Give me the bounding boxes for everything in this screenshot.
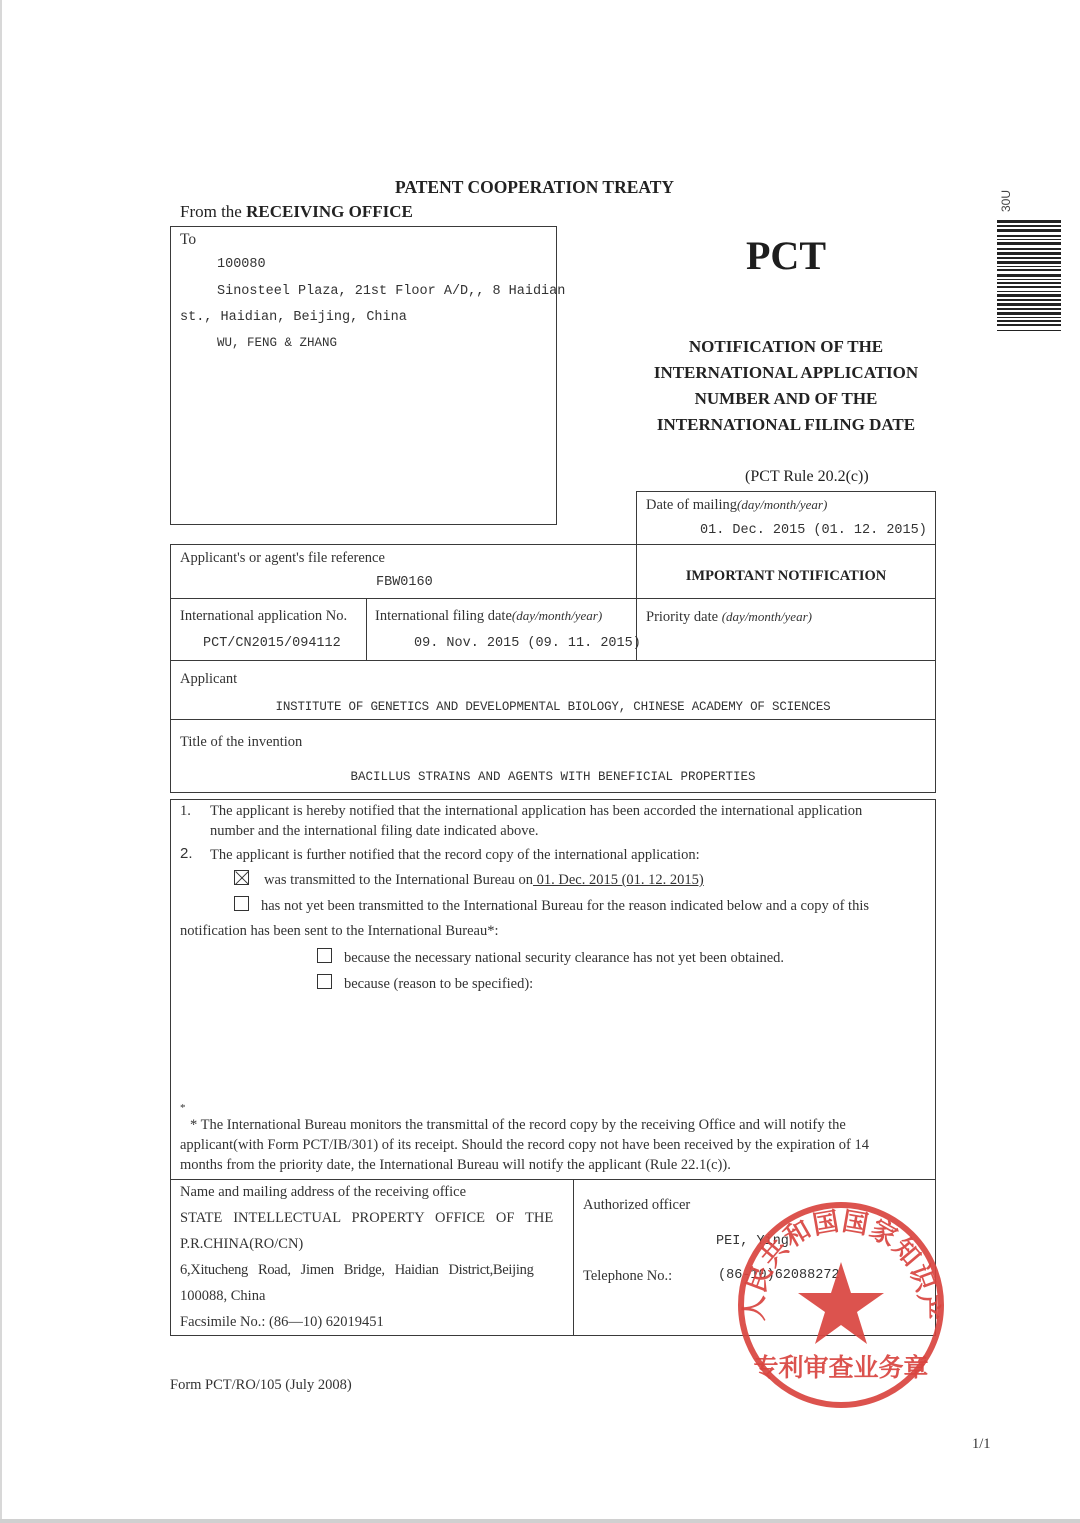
footnote-line-2: applicant(with Form PCT/IB/301) of its r… [180,1137,869,1154]
priority-date-label: Priority date (day/month/year) [646,609,812,626]
invention-title-label: Title of the invention [180,734,302,751]
address-line-1: Sinosteel Plaza, 21st Floor A/D,, 8 Haid… [217,284,565,299]
not-transmitted-option: has not yet been transmitted to the Inte… [261,898,869,915]
notice-1-line-2: number and the international filing date… [210,823,539,840]
postal-code: 100080 [217,257,266,272]
treaty-title: PATENT COOPERATION TREATY [395,177,674,198]
telephone-label: Telephone No.: [583,1268,672,1285]
divider [170,660,936,661]
notice-1-number: 1. [180,803,191,820]
not-transmitted-continuation: notification has been sent to the Intern… [180,923,499,940]
security-clearance-checkbox[interactable] [317,948,332,963]
receiving-office-address-line-2: 100088, China [180,1288,265,1305]
applicant-value: INSTITUTE OF GENETICS AND DEVELOPMENTAL … [170,700,936,714]
official-seal-icon: 中华人民共和国国家知识产权局 专利审查业务章 [736,1200,946,1410]
form-identifier: Form PCT/RO/105 (July 2008) [170,1377,352,1394]
authorized-officer-label: Authorized officer [583,1197,690,1214]
page-number: 1/1 [972,1436,991,1453]
divider [573,1179,574,1336]
file-reference-value: FBW0160 [376,575,433,590]
pct-rule: (PCT Rule 20.2(c)) [745,468,869,486]
application-number-label: International application No. [180,608,347,625]
receiving-office-address-line-1: 6,Xitucheng Road, Jimen Bridge, Haidian … [180,1262,534,1279]
receiving-office-name-line-2: P.R.CHINA(RO/CN) [180,1236,303,1253]
from-office: From the RECEIVING OFFICE [180,202,413,222]
filing-date-label: International filing date(day/month/year… [375,608,602,625]
page-edge [0,0,2,1523]
receiving-office-name-line-1: STATE INTELLECTUAL PROPERTY OFFICE OF TH… [180,1210,553,1227]
other-reason: because (reason to be specified): [344,976,533,993]
notice-2-number: 2. [180,845,193,862]
footnote-line-1: * The International Bureau monitors the … [190,1117,846,1134]
to-label: To [180,231,196,249]
seal-inner-text: 专利审查业务章 [753,1353,928,1382]
invention-title-value: BACILLUS STRAINS AND AGENTS WITH BENEFIC… [170,770,936,784]
page-edge [0,1519,1080,1523]
mailing-date-label: Date of mailing(day/month/year) [646,497,827,514]
footnote-marker: * [180,1102,186,1114]
receiving-office-label: Name and mailing address of the receivin… [180,1184,466,1201]
pct-big-title: PCT [640,232,932,279]
filing-date-value: 09. Nov. 2015 (09. 11. 2015) [414,636,641,651]
notice-2-text: The applicant is further notified that t… [210,847,700,864]
address-line-2: st., Haidian, Beijing, China [180,310,407,325]
divider [170,598,936,599]
mailing-date-value: 01. Dec. 2015 (01. 12. 2015) [700,523,927,538]
security-clearance-reason: because the necessary national security … [344,950,784,967]
notice-1-line-1: The applicant is hereby notified that th… [210,803,862,820]
transmitted-date: 01. Dec. 2015 (01. 12. 2015) [533,872,704,888]
receiving-office-label: RECEIVING OFFICE [246,202,413,221]
not-transmitted-checkbox[interactable] [234,896,249,911]
important-notification: IMPORTANT NOTIFICATION [636,568,936,585]
barcode-label: 30U [999,164,1013,186]
transmitted-checkbox[interactable] [234,870,249,885]
notification-title: NOTIFICATION OF THE INTERNATIONAL APPLIC… [636,334,936,438]
from-prefix: From the [180,202,246,221]
receiving-office-fax: Facsimile No.: (86—10) 62019451 [180,1314,384,1331]
divider [170,719,936,720]
barcode-icon [997,220,1061,332]
divider [366,598,367,661]
application-number-value: PCT/CN2015/094112 [203,636,341,651]
file-reference-label: Applicant's or agent's file reference [180,550,385,567]
other-reason-checkbox[interactable] [317,974,332,989]
footnote-line-3: months from the priority date, the Inter… [180,1157,731,1174]
transmitted-option: was transmitted to the International Bur… [264,872,704,889]
agent-firm: WU, FENG & ZHANG [217,336,337,350]
applicant-label: Applicant [180,671,237,688]
